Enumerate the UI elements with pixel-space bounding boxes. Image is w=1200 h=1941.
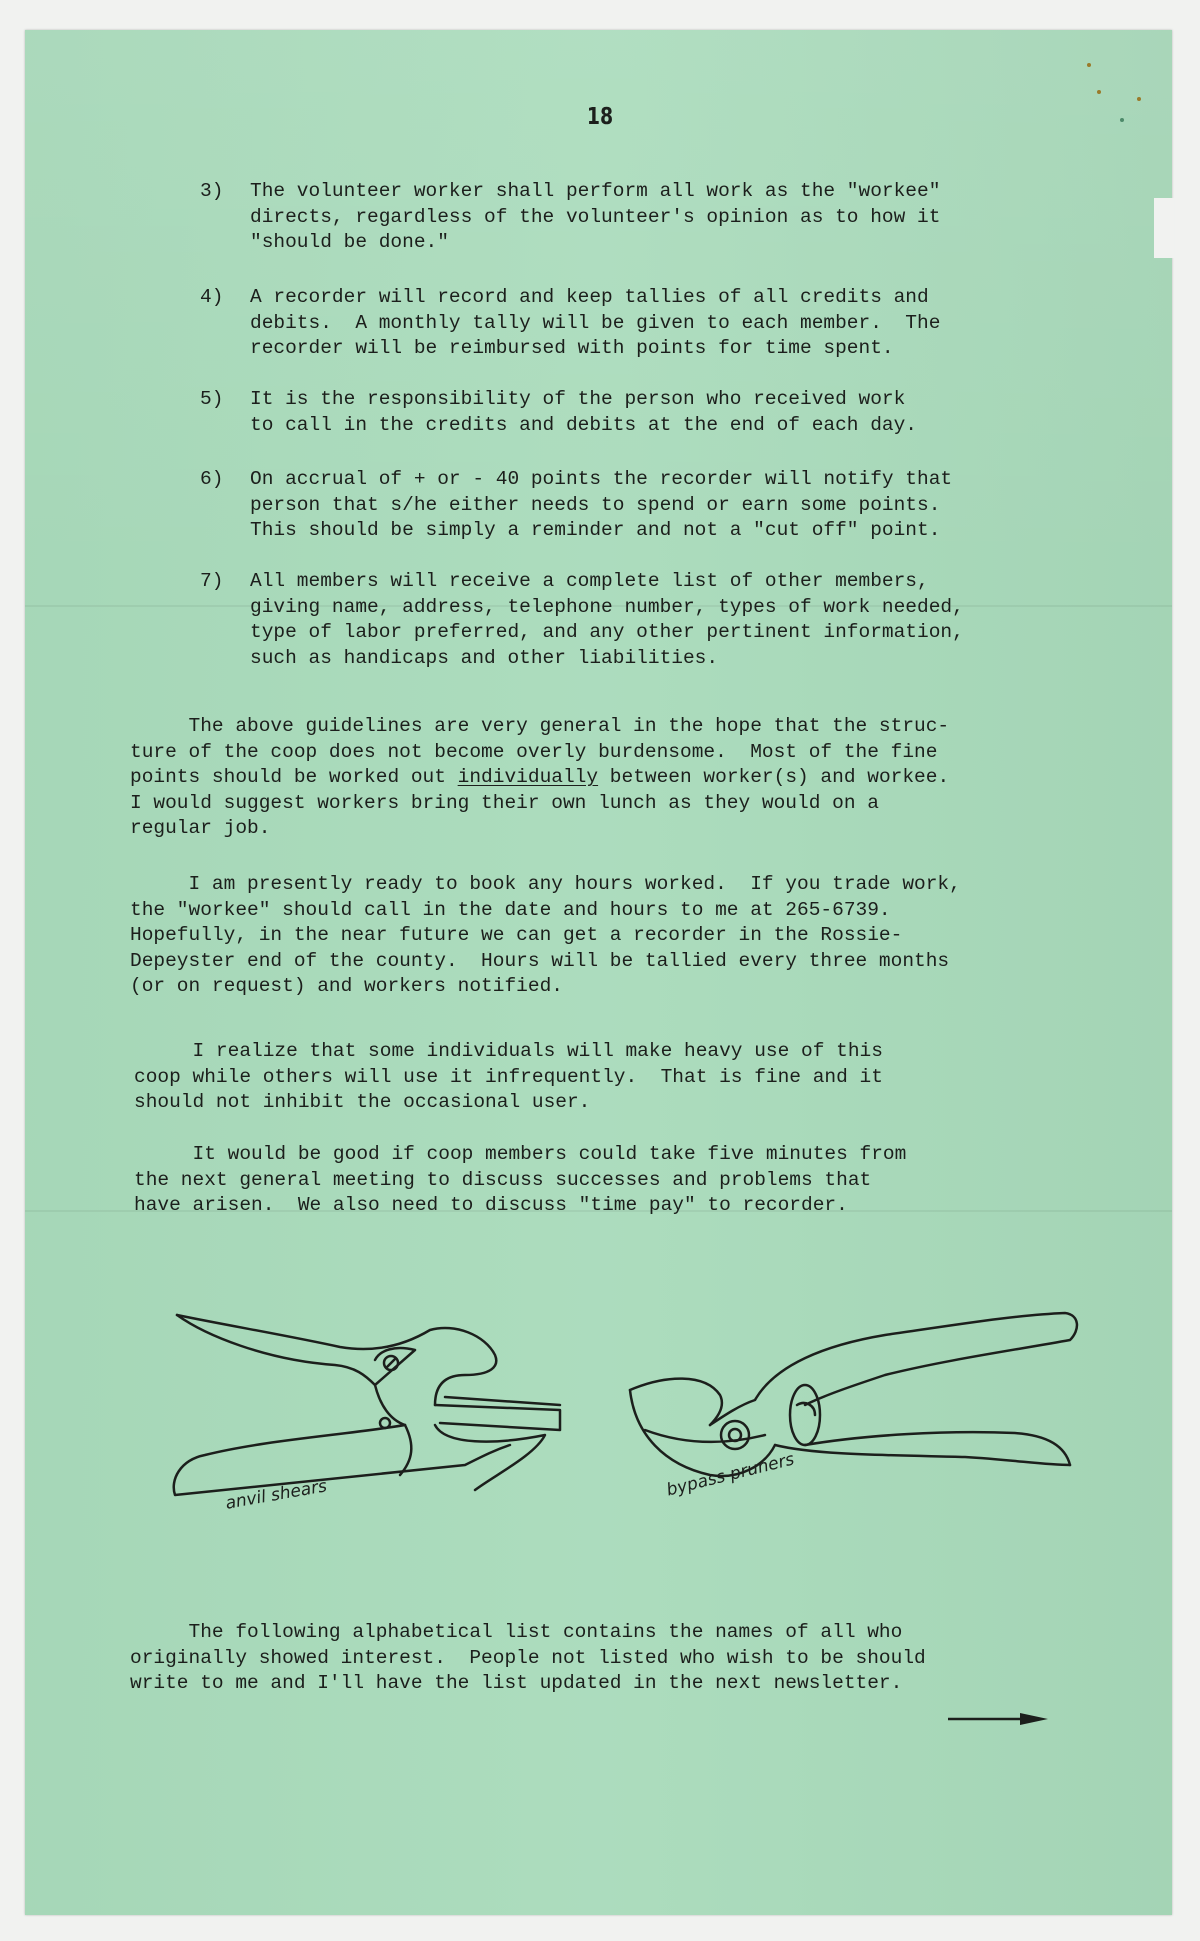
paragraph-guidelines-general: The above guidelines are very general in… (130, 714, 949, 842)
page-number: 18 (108, 104, 1092, 130)
guideline-text: On accrual of + or - 40 points the recor… (250, 467, 952, 544)
paragraph-usage: I realize that some individuals will mak… (134, 1039, 883, 1116)
guideline-text: All members will receive a complete list… (250, 569, 964, 671)
guideline-number: 3) (200, 179, 223, 205)
guideline-text: It is the responsibility of the person w… (250, 387, 917, 438)
underlined-emphasis: individually (458, 766, 598, 788)
guideline-number: 5) (200, 387, 223, 413)
guideline-number: 6) (200, 467, 223, 493)
paper-speck (1087, 63, 1091, 67)
arrow-right-icon (948, 1712, 1048, 1726)
paragraph-booking-hours: I am presently ready to book any hours w… (130, 872, 961, 1000)
guideline-number: 4) (200, 285, 223, 311)
guideline-text: The volunteer worker shall perform all w… (250, 179, 940, 256)
pruning-tools-illustration: anvil shears bypass pruners (165, 1305, 1100, 1520)
paper-tear-notch (1154, 198, 1174, 258)
guideline-number: 7) (200, 569, 223, 595)
paper-speck (1097, 90, 1101, 94)
paragraph-member-list: The following alphabetical list contains… (130, 1620, 926, 1697)
guideline-text: A recorder will record and keep tallies … (250, 285, 940, 362)
paragraph-meeting: It would be good if coop members could t… (134, 1142, 906, 1219)
paper-speck (1120, 118, 1124, 122)
paper-speck (1137, 97, 1141, 101)
